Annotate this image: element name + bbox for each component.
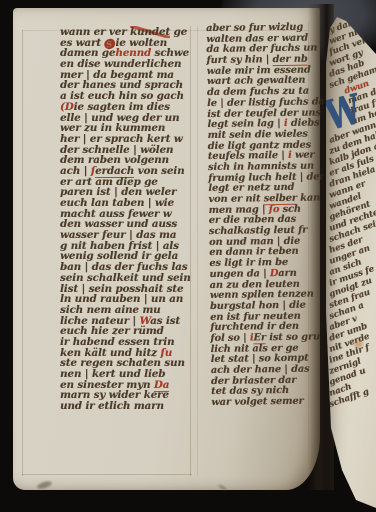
manuscript-line: und ir etlich marn: [60, 401, 206, 412]
rubricated-text: D: [270, 268, 279, 279]
pen-trial-mark: [218, 484, 227, 491]
manuscript-line: war volget semer: [211, 397, 319, 409]
ink-text: ge: [170, 26, 187, 38]
left-page: wann er ver kundet gees wart Sie woltend…: [13, 8, 320, 490]
right-page-text: y dam teufewer niefuch ver fuwort gydas …: [330, 26, 376, 411]
parchment-stain: [354, 340, 363, 348]
column-1-text: wann er ver kundet gees wart Sie woltend…: [60, 27, 206, 412]
ruling-line-left-margin: [22, 30, 23, 476]
ruling-line-bottom: [22, 474, 192, 475]
ink-smudge: [36, 480, 52, 490]
manuscript-photo: wann er ver kundet gees wart Sie woltend…: [0, 0, 376, 512]
ink-text: war volget semer: [211, 396, 303, 408]
ink-text: und ir etlich marn: [60, 400, 164, 412]
ink-text: sch: [279, 203, 301, 214]
column-2-text: aber so fur wizlugwalten das er wardda k…: [206, 22, 319, 408]
ink-text: arn: [278, 268, 296, 279]
rubricated-text: ſo: [269, 204, 280, 215]
